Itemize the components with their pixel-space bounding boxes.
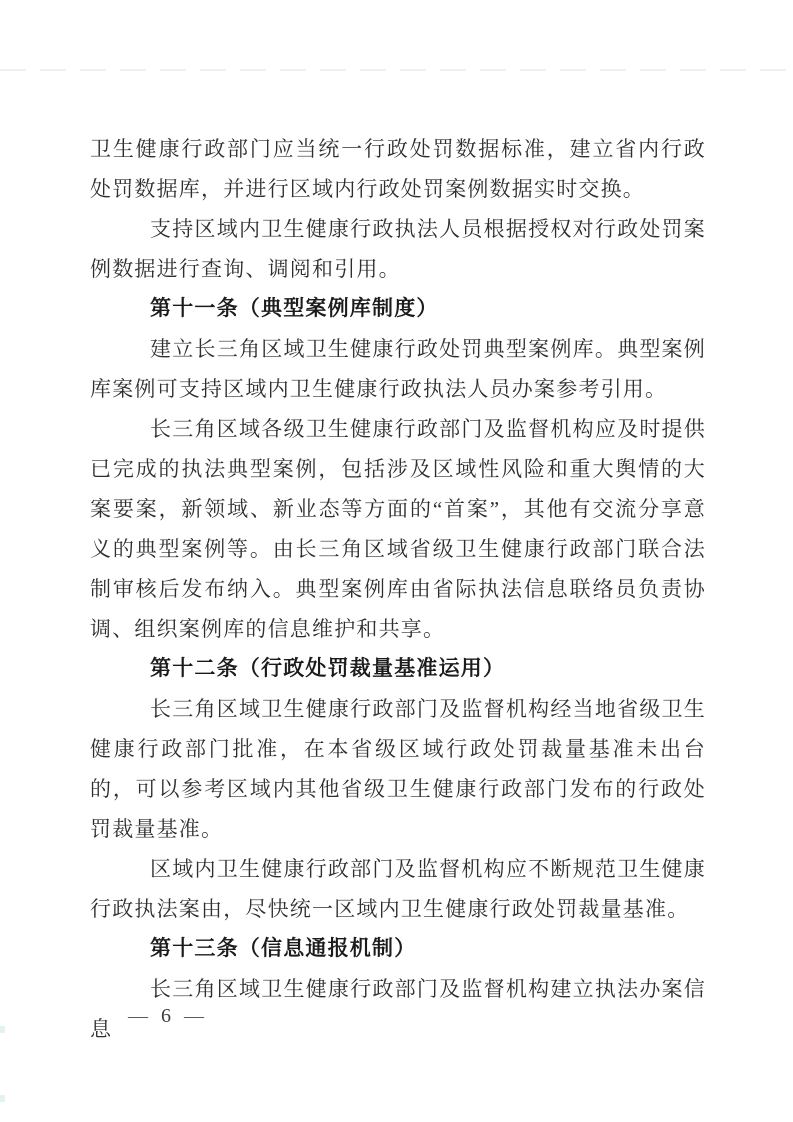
paragraph-continuation: 卫生健康行政部门应当统一行政处罚数据标准，建立省内行政处罚数据库，并进行区域内行… [90,129,706,209]
paragraph: 长三角区域各级卫生健康行政部门及监督机构应及时提供已完成的执法典型案例，包括涉及… [90,409,706,649]
paragraph: 支持区域内卫生健康行政执法人员根据授权对行政处罚案例数据进行查询、调阅和引用。 [90,209,706,289]
paragraph: 建立长三角区域卫生健康行政处罚典型案例库。典型案例库案例可支持区域内卫生健康行政… [90,329,706,409]
document-page: 卫生健康行政部门应当统一行政处罚数据标准，建立省内行政处罚数据库，并进行区域内行… [0,0,793,1122]
scan-artifact-line [0,69,793,71]
paragraph: 区域内卫生健康行政部门及监督机构应不断规范卫生健康行政执法案由，尽快统一区域内卫… [90,849,706,929]
scan-artifact-speck [0,1026,5,1033]
page-number: 6 [161,1001,171,1031]
document-body: 卫生健康行政部门应当统一行政处罚数据标准，建立省内行政处罚数据库，并进行区域内行… [90,129,706,1049]
paragraph: 长三角区域卫生健康行政部门及监督机构经当地省级卫生健康行政部门批准，在本省级区域… [90,689,706,849]
footer-dash-left: — [128,1001,148,1031]
article-heading-12: 第十二条（行政处罚裁量基准运用） [90,649,706,689]
article-heading-13: 第十三条（信息通报机制） [90,929,706,969]
footer-dash-right: — [184,1001,204,1031]
article-heading-11: 第十一条（典型案例库制度） [90,289,706,329]
page-footer: — 6 — [128,1001,204,1031]
scan-artifact-speck [0,1095,5,1102]
